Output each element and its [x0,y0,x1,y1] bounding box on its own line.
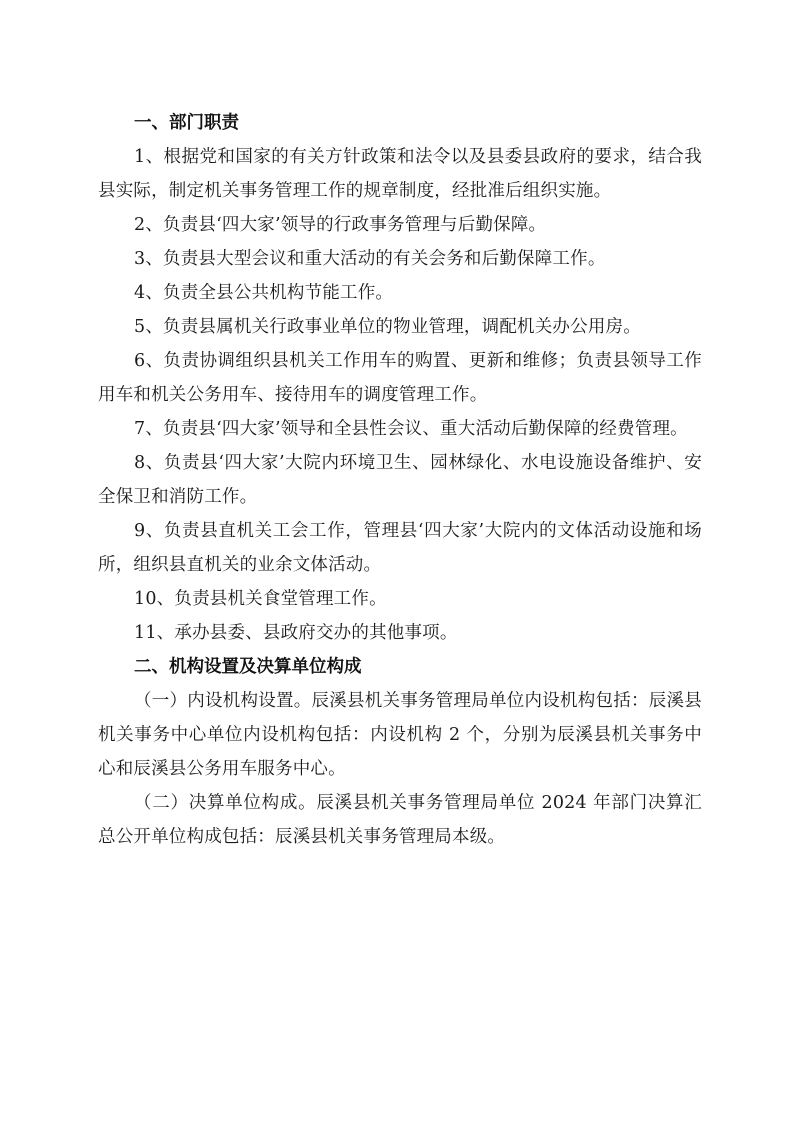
duty-item-8: 8、负责县‘四大家’大院内环境卫生、园林绿化、水电设施设备维护、安全保卫和消防工… [98,446,702,514]
duty-item-7: 7、负责县‘四大家’领导和全县性会议、重大活动后勤保障的经费管理。 [98,412,702,446]
section-heading-organization: 二、机构设置及决算单位构成 [98,650,702,684]
section-heading-department-duties: 一、部门职责 [98,106,702,140]
duty-item-11: 11、承办县委、县政府交办的其他事项。 [98,616,702,650]
duty-item-3: 3、负责县大型会议和重大活动的有关会务和后勤保障工作。 [98,242,702,276]
org-paragraph-internal-structure: （一）内设机构设置。辰溪县机关事务管理局单位内设机构包括：辰溪县机关事务中心单位… [98,684,702,786]
duty-item-10: 10、负责县机关食堂管理工作。 [98,582,702,616]
document-page: 一、部门职责 1、根据党和国家的有关方针政策和法令以及县委县政府的要求，结合我县… [98,106,702,854]
org-paragraph-accounting-units: （二）决算单位构成。辰溪县机关事务管理局单位 2024 年部门决算汇总公开单位构… [98,786,702,854]
duty-item-5: 5、负责县属机关行政事业单位的物业管理，调配机关办公用房。 [98,310,702,344]
duty-item-1: 1、根据党和国家的有关方针政策和法令以及县委县政府的要求，结合我县实际，制定机关… [98,140,702,208]
duty-item-2: 2、负责县‘四大家’领导的行政事务管理与后勤保障。 [98,208,702,242]
duty-item-4: 4、负责全县公共机构节能工作。 [98,276,702,310]
duty-item-6: 6、负责协调组织县机关工作用车的购置、更新和维修；负责县领导工作用车和机关公务用… [98,344,702,412]
duty-item-9: 9、负责县直机关工会工作，管理县‘四大家’大院内的文体活动设施和场所，组织县直机… [98,514,702,582]
